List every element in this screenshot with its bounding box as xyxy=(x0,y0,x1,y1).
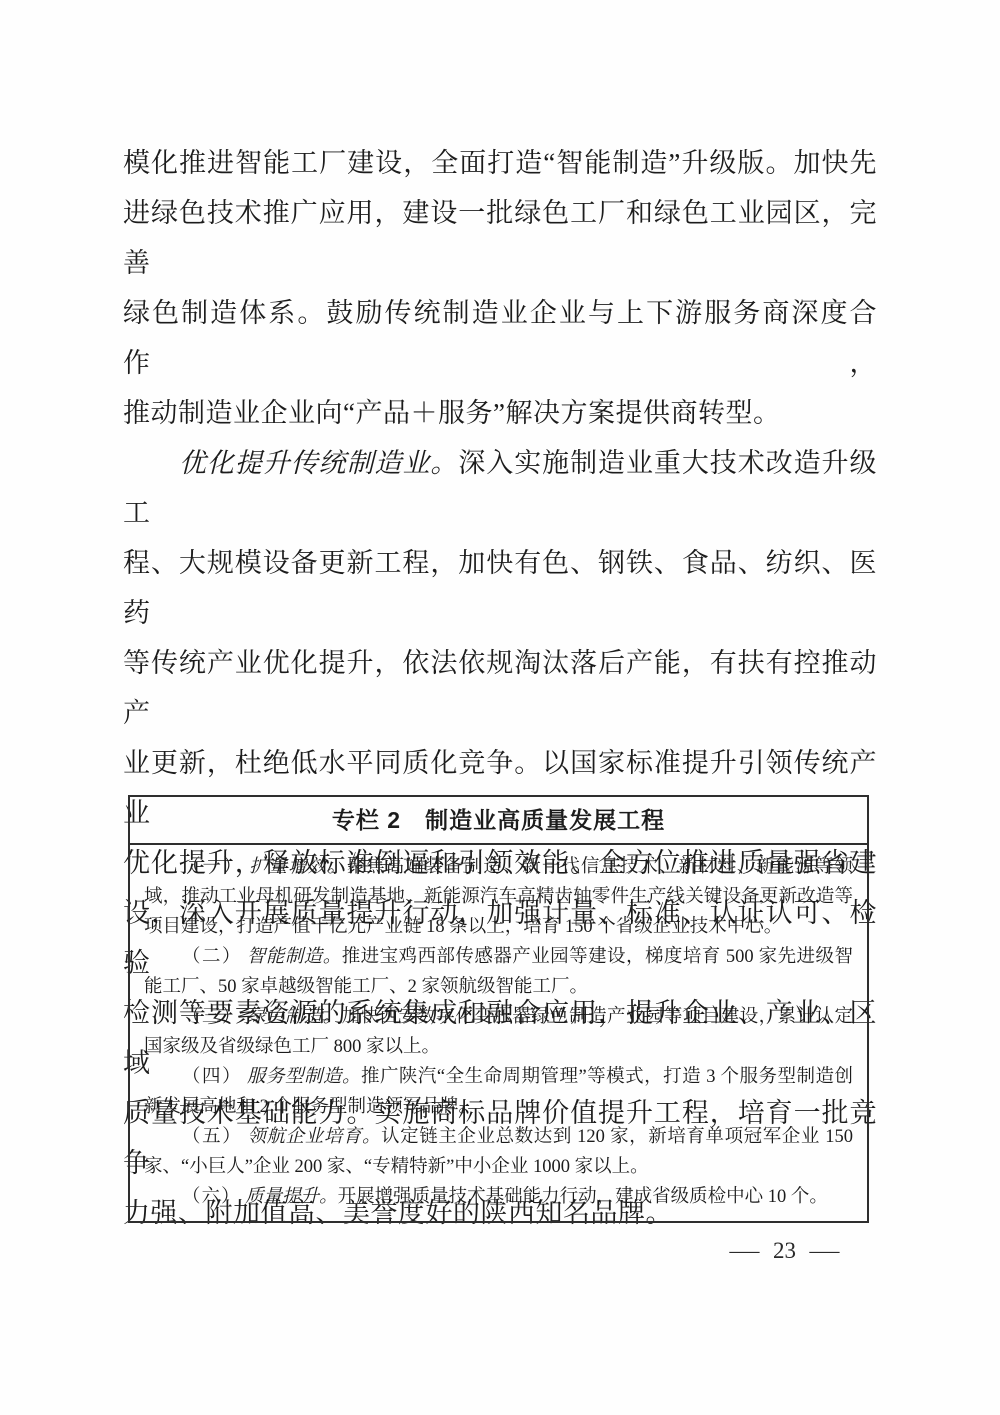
page-number: — 23 — xyxy=(733,1238,836,1264)
box-item-lead: 绿色制造。 xyxy=(242,1007,342,1027)
box-item: （一） 扩量增效。聚焦高端装备制造、新一代信息技术、新材料、新能源等领域，推动工… xyxy=(144,852,853,942)
text-line: 绿色制造体系。鼓励传统制造业企业与上下游服务商深度合作， xyxy=(123,288,877,388)
text-line: 等传统产业优化提升，依法依规淘汰落后产能，有扶有控推动产 xyxy=(123,638,877,738)
paragraph-continuation: 模化推进智能工厂建设，全面打造“智能制造”升级版。加快先进绿色技术推广应用，建设… xyxy=(123,138,877,438)
text-line: 进绿色技术推广应用，建设一批绿色工厂和绿色工业园区，完善 xyxy=(123,188,877,288)
box-item-lead: 领航企业培育。 xyxy=(242,1127,381,1147)
box-item: （三） 绿色制造。加快西安数字化变压器绿色制造产业园等项目建设，累计认定国家级及… xyxy=(144,1002,853,1062)
box-item-lead: 质量提升。 xyxy=(241,1187,338,1207)
box-item: （六） 质量提升。开展增强质量技术基础能力行动，建成省级质检中心 10 个。 xyxy=(144,1182,853,1212)
box-item-lead: 智能制造。 xyxy=(242,947,342,967)
document-page: { "page": { "background": "#fefefe", "te… xyxy=(0,0,1000,1415)
box-item: （五） 领航企业培育。认定链主企业总数达到 120 家，新培育单项冠军企业 15… xyxy=(144,1122,853,1182)
box-item-number: （一） xyxy=(182,857,244,877)
highlight-box: 专栏 2 制造业高质量发展工程 （一） 扩量增效。聚焦高端装备制造、新一代信息技… xyxy=(128,795,869,1223)
box-item-number: （二） xyxy=(182,947,242,967)
text-line: 模化推进智能工厂建设，全面打造“智能制造”升级版。加快先 xyxy=(123,138,877,188)
box-item-number: （六） xyxy=(182,1187,241,1207)
page-number-dash-left: — xyxy=(730,1238,760,1264)
text-line: 优化提升传统制造业。深入实施制造业重大技术改造升级工 xyxy=(123,438,877,538)
page-number-value: 23 xyxy=(773,1238,796,1264)
paragraph-lead: 优化提升传统制造业。 xyxy=(179,448,458,478)
box-item-lead: 扩量增效。 xyxy=(244,857,347,877)
text-line: 程、大规模设备更新工程，加快有色、钢铁、食品、纺织、医药 xyxy=(123,538,877,638)
box-item-number: （四） xyxy=(182,1067,242,1087)
box-body: （一） 扩量增效。聚焦高端装备制造、新一代信息技术、新材料、新能源等领域，推动工… xyxy=(130,845,867,1221)
page-number-dash-right: — xyxy=(810,1238,840,1264)
text-line: 推动制造业企业向“产品＋服务”解决方案提供商转型。 xyxy=(123,388,877,438)
box-item-lead: 服务型制造。 xyxy=(242,1067,361,1087)
box-item-text: 开展增强质量技术基础能力行动，建成省级质检中心 10 个。 xyxy=(338,1187,828,1207)
box-item: （二） 智能制造。推进宝鸡西部传感器产业园等建设，梯度培育 500 家先进级智能… xyxy=(144,942,853,1002)
box-title: 专栏 2 制造业高质量发展工程 xyxy=(130,797,867,845)
box-item-number: （三） xyxy=(182,1007,242,1027)
box-item: （四） 服务型制造。推广陕汽“全生命周期管理”等模式，打造 3 个服务型制造创新… xyxy=(144,1062,853,1122)
box-item-number: （五） xyxy=(182,1127,242,1147)
